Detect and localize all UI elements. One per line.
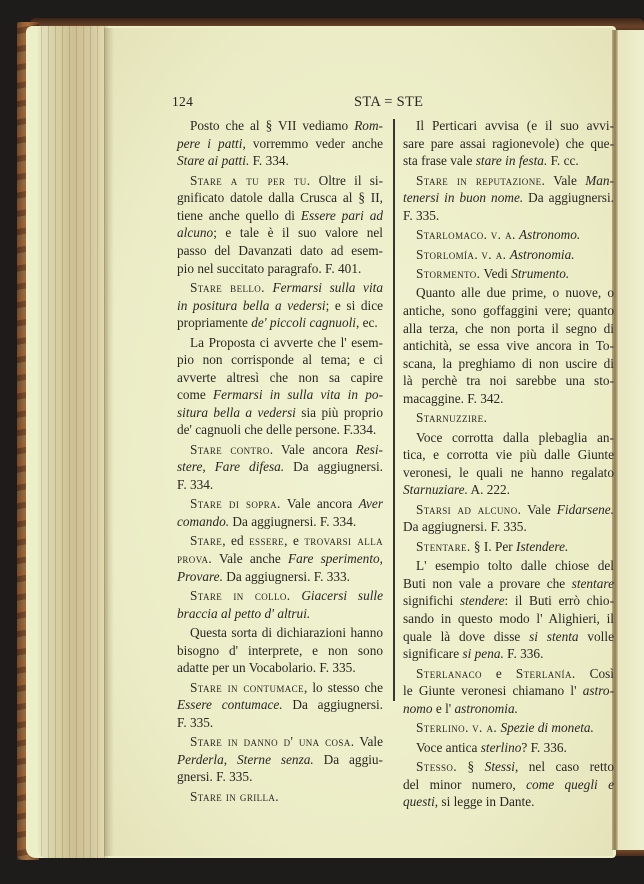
text-line: là perchè tra noi sarebbe una sto- [403,372,614,390]
body-text: veronesi, le quali ne hanno regalato [403,465,614,480]
dictionary-entry: Starlomaco. v. a. Astronomo. [403,226,614,244]
body-text: Questa sorta di dichiarazioni hanno [190,625,383,640]
text-line: adatte per un Vocabolario. F. 335. [177,659,383,677]
body-text: F. 335. [403,208,439,223]
dictionary-entry: Stare a tu per tu. Oltre il si-gnificato… [177,172,383,278]
text-line: bisogno d' interprete, e non sono [177,642,383,660]
body-text: pio nel succitato paragrafo. F. 401. [177,261,361,276]
italic-text: comando. [177,514,229,529]
body-text [265,280,273,295]
body-text: Da aggiugnersi. F. 333. [223,569,350,584]
italic-text: Spezie di moneta. [500,720,593,735]
text-line: Voce corrotta dalla plebaglia an- [403,429,614,447]
body-text: , [202,459,214,474]
text-line: situra bella a vedersi sia più proprio [177,404,383,422]
italic-text: Fermarsi in sulla vita in po- [213,387,383,402]
text-line: Stare in grilla. [177,788,383,806]
text-line: tenersi in buon nome. Da aggiugnersi. [403,189,614,207]
body-text: : il Buti errò chio- [505,593,615,608]
text-line: Stare in contumace, lo stesso che [177,679,383,697]
headword: trovarsi alla [304,533,383,548]
body-text: tica, e corrotta vie più dalle Giunte [403,447,614,462]
headword: Sterlanaco [416,666,482,681]
text-line: L' esempio tolto dalle chiose del [403,557,614,575]
text-line: F. 335. [403,207,614,225]
text-line: Quanto alle due prime, o nuove, o [403,284,614,302]
dictionary-entry: Stare contro. Vale ancora Resi-stere, Fa… [177,441,383,494]
body-text: Vale [354,734,383,749]
italic-text: si stenta [529,629,578,644]
right-column: Il Perticari avvisa (e il suo avvi-sare … [403,117,614,811]
text-line: sare pare assai ragionevole) che que- [403,135,614,153]
body-text: F. 334. [249,153,289,168]
page-edge-shadow [104,28,114,856]
dictionary-entry: Voce corrotta dalla plebaglia an-tica, e… [403,429,614,499]
italic-text: Fidarsene. [557,502,614,517]
body-text: scana, la preghiamo di non uscire di [403,356,614,371]
text-line: Stare in reputazione. Vale Man- [403,172,614,190]
text-line: Posto che al § VII vediamo Rom- [177,117,383,135]
body-text: antiche, sono goffaggini vere; quanto [403,303,614,318]
text-line: macaggine. F. 342. [403,390,614,408]
body-text: Vale ancora [273,442,355,457]
dictionary-entry: Stare in reputazione. Vale Man-tenersi i… [403,172,614,225]
italic-text: Stessi [485,759,515,774]
dictionary-entry: Voce antica sterlino? F. 336. [403,739,614,757]
text-line: Stare ai patti. F. 334. [177,152,383,170]
italic-text: nomo [403,701,433,716]
text-line: Stare in danno d' una cosa. Vale [177,733,383,751]
body-text: e l' [433,701,455,716]
headword: v. a. [472,720,497,735]
headword: Stare bello. [190,280,265,295]
headword: Sterlanía. [516,666,576,681]
text-line: Starlomaco. v. a. Astronomo. [403,226,614,244]
text-line: sando in questo modo l' Alighieri, il [403,610,614,628]
body-text: , ed [222,533,249,548]
body-text: sando in questo modo l' Alighieri, il [403,611,614,626]
italic-text: Man- [585,173,614,188]
body-text: , [380,551,383,566]
text-line: le Giunte veronesi chiamano l' astro- [403,682,614,700]
text-line: scana, la preghiamo di non uscire di [403,355,614,373]
italic-text: astronomia. [455,701,518,716]
body-text: Vale anche [212,551,288,566]
text-line: La Proposta ci avverte che l' esem- [177,334,383,352]
text-line: tica, e corrotta vie più dalle Giunte [403,446,614,464]
body-text: Da aggiugnersi. [283,697,383,712]
italic-text: Essere contumace. [177,697,283,712]
italic-text: Astronomo. [519,227,580,242]
italic-text: Perderla [177,752,224,767]
italic-text: Sterne senza. [237,752,314,767]
headword: Stesso. [416,759,457,774]
body-text: de' cagnuoli che delle persone. F.334. [177,422,376,437]
facing-page-sliver [618,30,644,850]
italic-text: Giacersi sulle [301,588,383,603]
body-text: ; e si dice [326,298,383,313]
text-line: sta frase vale stare in festa. F. cc. [403,152,614,170]
body-text: F. 334. [177,477,213,492]
headword: Stare contro. [190,442,273,457]
text-line: Provare. Da aggiugnersi. F. 333. [177,568,383,586]
body-text: Vedi [480,266,511,281]
text-line: alla terza, che non porta il segno di [403,320,614,338]
text-line: questi, si legge in Dante. [403,793,614,811]
body-text: Da aggiugnersi. F. 334. [229,514,356,529]
text-line: pio nel succitato paragrafo. F. 401. [177,260,383,278]
body-text: F. 335. [177,715,213,730]
body-text: Buti non vale a provare che [403,576,572,591]
headword: Stentare. [416,539,471,554]
text-line: passo del Davanzati dato ad esem- [177,242,383,260]
body-text: Vale [545,173,585,188]
body-text: del minor numero, [403,777,526,792]
headword: Stare in grilla. [190,789,279,804]
text-line: F. 335. [177,714,383,732]
dictionary-entry: Stare bello. Fermarsi sulla vitain posit… [177,279,383,332]
italic-text: Fare difesa. [215,459,284,474]
italic-text: Stare ai patti. [177,153,249,168]
dictionary-entry: Starsi ad alcuno. Vale Fidarsene.Da aggi… [403,501,614,536]
italic-text: in positura bella a vedersi [177,298,326,313]
body-text: alla terza, che non porta il segno di [403,321,614,336]
dictionary-entry: Storlomía. v. a. Astronomia. [403,246,614,264]
italic-text: Aver [359,496,383,511]
body-text: , vorremmo veder anche [242,136,383,151]
italic-text: sterlino [481,740,522,755]
body-text: Posto che al § VII vediamo [190,118,354,133]
headword: prova. [177,551,212,566]
text-line: Sterlino. v. a. Spezie di moneta. [403,719,614,737]
body-text [291,588,302,603]
body-text: Oltre il si- [310,173,383,188]
italic-text: Fare sperimento [288,551,380,566]
headword: Storlomía. [416,247,478,262]
body-text: le Giunte veronesi chiamano l' [403,683,583,698]
italic-text: Provare. [177,569,223,584]
body-text: sta frase vale [403,153,476,168]
dictionary-entry: Stare, ed essere, e trovarsi allaprova. … [177,532,383,585]
text-line: Stare in collo. Giacersi sulle [177,587,383,605]
text-line: veronesi, le quali ne hanno regalato [403,464,614,482]
body-text: , si legge in Dante. [435,794,535,809]
dictionary-entry: Sterlanaco e Sterlanía. Cosìle Giunte ve… [403,665,614,718]
text-line: Storlomía. v. a. Astronomia. [403,246,614,264]
body-text: gnersi. F. 335. [177,769,252,784]
body-text: significare [403,646,462,661]
italic-text: Starnuziare. [403,482,468,497]
body-text: Da aggiu- [314,752,383,767]
text-line: quale là dove disse si stenta volle [403,628,614,646]
body-text: adatte per un Vocabolario. F. 335. [177,660,356,675]
italic-text: stentare [572,576,614,591]
text-line: Questa sorta di dichiarazioni hanno [177,624,383,642]
body-text: Vale ancora [281,496,359,511]
italic-text: braccia al petto d' altrui. [177,606,310,621]
column-divider-rule [393,119,395,701]
text-line: Stormento. Vedi Strumento. [403,265,614,283]
body-text: Voce corrotta dalla plebaglia an- [416,430,614,445]
headword: Stormento. [416,266,480,281]
body-text: tiene anche quello di [177,208,301,223]
text-line: de' cagnuoli che delle persone. F.334. [177,421,383,439]
text-line: Stare, ed essere, e trovarsi alla [177,532,383,550]
body-text: F. 336. [504,646,544,661]
text-line: avverte altresì che non sa capire [177,369,383,387]
text-line: Essere contumace. Da aggiugnersi. [177,696,383,714]
dictionary-entry: Stare in danno d' una cosa. ValePerderla… [177,733,383,786]
text-line: Stare contro. Vale ancora Resi- [177,441,383,459]
dictionary-entry: Stare in grilla. [177,788,383,806]
body-text: Così [576,666,614,681]
text-line: alcuno; e tale è il suo valore nel [177,224,383,242]
body-text: , lo stesso che [304,680,383,695]
dictionary-entry: Questa sorta di dichiarazioni hannobisog… [177,624,383,677]
body-text: pio non corrisponde al tema; e ci [177,352,383,367]
italic-text: pere i patti [177,136,242,151]
body-text: Voce antica [416,740,481,755]
italic-text: de' piccoli cagnuoli [251,315,356,330]
dictionary-entry: Stormento. Vedi Strumento. [403,265,614,283]
headword: essere [249,533,284,548]
dictionary-entry: La Proposta ci avverte che l' esem-pio n… [177,334,383,440]
italic-text: alcuno [177,225,213,240]
italic-text: Fermarsi sulla vita [273,280,384,295]
headword: Sterlino. [416,720,469,735]
body-text: L' esempio tolto dalle chiose del [416,558,614,573]
italic-text: Resi- [356,442,383,457]
headword: Stare in collo. [190,588,291,603]
text-line: comando. Da aggiugnersi. F. 334. [177,513,383,531]
text-line: Starsi ad alcuno. Vale Fidarsene. [403,501,614,519]
body-text: § I. Per [471,539,516,554]
text-line: Stesso. § Stessi, nel caso retto [403,758,614,776]
body-text: , [224,752,237,767]
text-line: Stare bello. Fermarsi sulla vita [177,279,383,297]
body-text: antichità, se essa vive ancora in To- [403,338,614,353]
text-line: Starnuzzire. [403,409,614,427]
page-fore-edges [38,26,108,858]
dictionary-entry: Il Perticari avvisa (e il suo avvi-sare … [403,117,614,170]
text-line: Stentare. § I. Per Istendere. [403,538,614,556]
italic-text: come quegli e [526,777,614,792]
body-text: quale là dove disse [403,629,529,644]
body-text: , ec. [356,315,378,330]
text-line: Starnuziare. A. 222. [403,481,614,499]
text-line: braccia al petto d' altrui. [177,605,383,623]
text-line: Il Perticari avvisa (e il suo avvi- [403,117,614,135]
text-line: gnersi. F. 335. [177,768,383,786]
body-text: passo del Davanzati dato ad esem- [177,243,383,258]
headword: v. a. [481,247,506,262]
italic-text: stare in festa. [476,153,548,168]
text-line: propriamente de' piccoli cagnuoli, ec. [177,314,383,332]
text-line: Da aggiugnersi. F. 335. [403,518,614,536]
headword: Starlomaco. [416,227,487,242]
text-line: stere, Fare difesa. Da aggiugnersi. [177,458,383,476]
body-text: come [177,387,213,402]
italic-text: Strumento. [511,266,569,281]
text-line: antiche, sono goffaggini vere; quanto [403,302,614,320]
body-text: , e [284,533,304,548]
headword: Stare a tu per tu. [190,173,310,188]
body-text: F. cc. [547,153,578,168]
text-line: pere i patti, vorremmo veder anche [177,135,383,153]
text-line: Sterlanaco e Sterlanía. Così [403,665,614,683]
body-text: significhi [403,593,460,608]
body-text: volle [579,629,614,644]
dictionary-entry: L' esempio tolto dalle chiose delButi no… [403,557,614,663]
italic-text: Essere pari ad [301,208,383,223]
italic-text: questi [403,794,435,809]
text-line: come Fermarsi in sulla vita in po- [177,386,383,404]
italic-text: Astronomia. [510,247,575,262]
text-line: Stare di sopra. Vale ancora Aver [177,495,383,513]
dictionary-entry: Stare in contumace, lo stesso cheEssere … [177,679,383,732]
text-line: significare si pena. F. 336. [403,645,614,663]
text-line: Voce antica sterlino? F. 336. [403,739,614,757]
body-text: ? F. 336. [521,740,566,755]
text-line: Stare a tu per tu. Oltre il si- [177,172,383,190]
italic-text: situra bella a vedersi [177,405,296,420]
text-line: pio non corrisponde al tema; e ci [177,351,383,369]
italic-text: tenersi in buon nome. [403,190,523,205]
left-column: Posto che al § VII vediamo Rom-pere i pa… [177,117,383,805]
dictionary-entry: Sterlino. v. a. Spezie di moneta. [403,719,614,737]
text-line: Perderla, Sterne senza. Da aggiu- [177,751,383,769]
running-head: 124 STA = STE [172,94,612,114]
text-line: in positura bella a vedersi; e si dice [177,297,383,315]
headword: Stare in contumace [190,680,304,695]
body-text: bisogno d' interprete, e non sono [177,643,383,658]
body-text: e [482,666,516,681]
italic-text: si pena. [462,646,503,661]
dictionary-entry: Starnuzzire. [403,409,614,427]
headword: Stare in reputazione. [416,173,545,188]
body-text: Da aggiugnersi. F. 335. [403,519,527,534]
text-line: significhi stendere: il Buti errò chio- [403,592,614,610]
body-text: gnificato datole dalla Crusca al § II, [177,190,383,205]
text-line: gnificato datole dalla Crusca al § II, [177,189,383,207]
headword: v. a. [491,227,516,242]
dictionary-entry: Posto che al § VII vediamo Rom-pere i pa… [177,117,383,170]
body-text: là perchè tra noi sarebbe una sto- [403,373,614,388]
body-text: Da aggiugnersi. [284,459,383,474]
body-text: Il Perticari avvisa (e il suo avvi- [416,118,614,133]
body-text: macaggine. F. 342. [403,391,504,406]
text-line: del minor numero, come quegli e [403,776,614,794]
dictionary-entry: Stesso. § Stessi, nel caso rettodel mino… [403,758,614,811]
italic-text: Rom- [354,118,383,133]
body-text: Vale [521,502,556,517]
text-line: F. 334. [177,476,383,494]
body-text: sare pare assai ragionevole) che que- [403,136,614,151]
text-line: Buti non vale a provare che stentare [403,575,614,593]
body-text: La Proposta ci avverte che l' esem- [190,335,383,350]
headword: Starsi ad alcuno. [416,502,521,517]
dictionary-entry: Stare di sopra. Vale ancora Avercomando.… [177,495,383,530]
page-number: 124 [172,94,193,110]
body-text: § [457,759,485,774]
text-line: prova. Vale anche Fare sperimento, [177,550,383,568]
body-text: Quanto alle due prime, o nuove, o [416,285,614,300]
italic-text: stendere [460,593,505,608]
dictionary-entry: Stare in collo. Giacersi sullebraccia al… [177,587,383,622]
italic-text: stere [177,459,202,474]
text-line: nomo e l' astronomia. [403,700,614,718]
italic-text: astro- [583,683,614,698]
body-text: propriamente [177,315,251,330]
body-text: , nel caso retto [515,759,614,774]
body-text: ; e tale è il suo valore nel [213,225,383,240]
body-text: sia più proprio [296,405,383,420]
body-text: A. 222. [468,482,510,497]
running-head-title: STA = STE [354,94,423,111]
text-line: antichità, se essa vive ancora in To- [403,337,614,355]
dictionary-entry: Quanto alle due prime, o nuove, oantiche… [403,284,614,407]
dictionary-entry: Stentare. § I. Per Istendere. [403,538,614,556]
headword: Stare in danno d' una cosa. [190,734,354,749]
italic-text: Istendere. [516,539,568,554]
body-text: Da aggiugnersi. [523,190,614,205]
headword: Stare [190,533,222,548]
headword: Starnuzzire. [416,410,487,425]
text-line: tiene anche quello di Essere pari ad [177,207,383,225]
headword: Stare di sopra. [190,496,281,511]
body-text: avverte altresì che non sa capire [177,370,383,385]
